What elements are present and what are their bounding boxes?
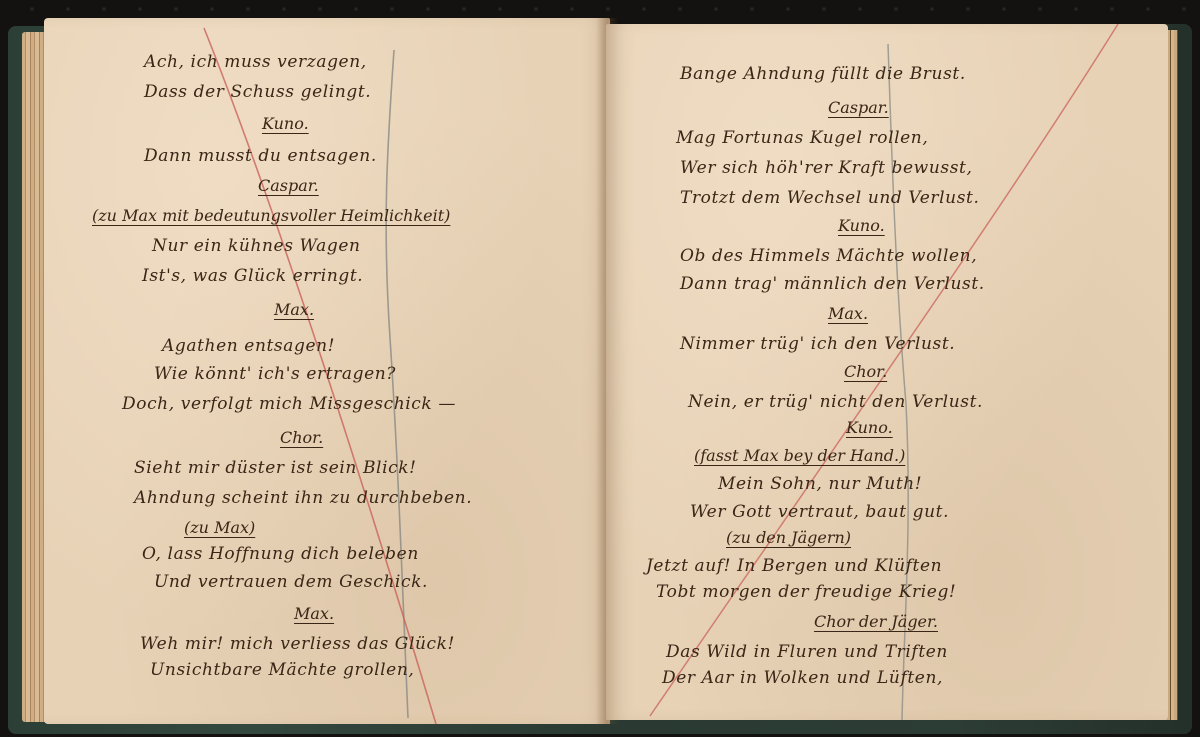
text-line: Ahndung scheint ihn zu durchbeben. bbox=[134, 488, 472, 508]
text-line: Mein Sohn, nur Muth! bbox=[718, 474, 922, 494]
text-line: Der Aar in Wolken und Lüften, bbox=[662, 668, 943, 688]
text-line: Ach, ich muss verzagen, bbox=[144, 52, 367, 72]
text-line: Agathen entsagen! bbox=[162, 336, 335, 356]
stage-direction: (zu Max mit bedeutungsvoller Heimlichkei… bbox=[92, 206, 450, 225]
text-line: Wie könnt' ich's ertragen? bbox=[154, 364, 396, 384]
text-line: Unsichtbare Mächte grollen, bbox=[150, 660, 414, 680]
text-line: Trotzt dem Wechsel und Verlust. bbox=[680, 188, 979, 208]
speaker-name: Max. bbox=[274, 300, 314, 319]
speaker-name: Kuno. bbox=[846, 418, 893, 437]
text-line: Dann musst du entsagen. bbox=[144, 146, 377, 166]
speaker-name: Chor. bbox=[844, 362, 887, 381]
text-line: Mag Fortunas Kugel rollen, bbox=[676, 128, 928, 148]
text-line: Wer Gott vertraut, baut gut. bbox=[690, 502, 949, 522]
text-line: Dann trag' männlich den Verlust. bbox=[680, 274, 985, 294]
right-page-text: Bange Ahndung füllt die Brust. Caspar. M… bbox=[606, 24, 1168, 720]
text-line: Nimmer trüg' ich den Verlust. bbox=[680, 334, 955, 354]
speaker-name: Max. bbox=[294, 604, 334, 623]
speaker-name: Kuno. bbox=[838, 216, 885, 235]
text-line: Tobt morgen der freudige Krieg! bbox=[656, 582, 956, 602]
text-line: Bange Ahndung füllt die Brust. bbox=[680, 64, 966, 84]
stage-direction: (zu den Jägern) bbox=[726, 528, 851, 547]
scanner-backdrop-dots bbox=[0, 6, 1200, 12]
left-page: Ach, ich muss verzagen, Dass der Schuss … bbox=[44, 18, 610, 724]
speaker-name: Caspar. bbox=[828, 98, 889, 117]
text-line: Das Wild in Fluren und Triften bbox=[666, 642, 948, 662]
text-line: Nein, er trüg' nicht den Verlust. bbox=[688, 392, 983, 412]
stage-direction: (fasst Max bey der Hand.) bbox=[694, 446, 905, 465]
right-page: Bange Ahndung füllt die Brust. Caspar. M… bbox=[606, 24, 1168, 720]
text-line: Wer sich höh'rer Kraft bewusst, bbox=[680, 158, 972, 178]
speaker-name: Chor der Jäger. bbox=[814, 612, 938, 631]
stage-direction: (zu Max) bbox=[184, 518, 255, 537]
text-line: Jetzt auf! In Bergen und Klüften bbox=[646, 556, 942, 576]
speaker-name: Max. bbox=[828, 304, 868, 323]
text-line: Und vertrauen dem Geschick. bbox=[154, 572, 428, 592]
text-line: Weh mir! mich verliess das Glück! bbox=[140, 634, 455, 654]
text-line: Ob des Himmels Mächte wollen, bbox=[680, 246, 977, 266]
text-line: Ist's, was Glück erringt. bbox=[142, 266, 363, 286]
text-line: O, lass Hoffnung dich beleben bbox=[142, 544, 419, 564]
text-line: Nur ein kühnes Wagen bbox=[152, 236, 361, 256]
text-line: Doch, verfolgt mich Missgeschick — bbox=[122, 394, 456, 414]
speaker-name: Caspar. bbox=[258, 176, 319, 195]
text-line: Dass der Schuss gelingt. bbox=[144, 82, 371, 102]
text-line: Sieht mir düster ist sein Blick! bbox=[134, 458, 417, 478]
speaker-name: Kuno. bbox=[262, 114, 309, 133]
left-page-text: Ach, ich muss verzagen, Dass der Schuss … bbox=[44, 18, 610, 724]
speaker-name: Chor. bbox=[280, 428, 323, 447]
